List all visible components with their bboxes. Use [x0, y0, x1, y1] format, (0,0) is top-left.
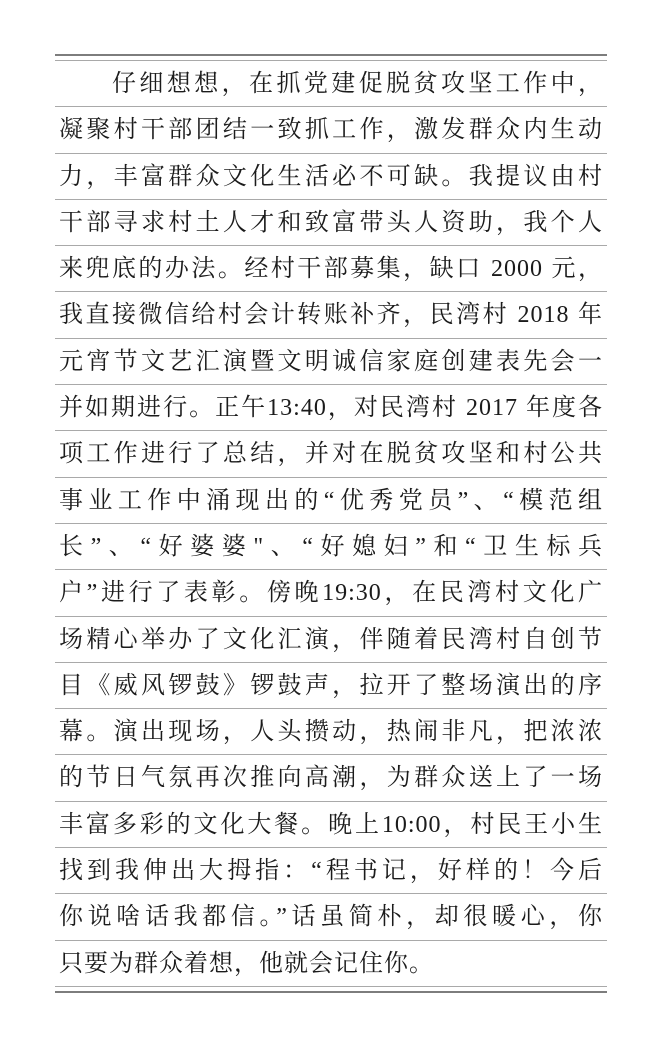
- text-line-11: 长”、“好婆婆"、“好媳妇”和“卫生标兵: [55, 524, 607, 570]
- text-line-13: 场精心举办了文化汇演，伴随着民湾村自创节: [55, 617, 607, 663]
- text-line-03: 力，丰富群众文化生活必不可缺。我提议由村: [55, 154, 607, 200]
- text-line-02: 凝聚村干部团结一致抓工作，激发群众内生动: [55, 107, 607, 153]
- text-line-12: 户”进行了表彰。傍晚19:30，在民湾村文化广: [55, 570, 607, 616]
- text-line-14: 目《威风锣鼓》锣鼓声，拉开了整场演出的序: [55, 663, 607, 709]
- text-line-18: 找到我伸出大拇指：“程书记，好样的！今后: [55, 848, 607, 894]
- text-line-09: 项工作进行了总结，并对在脱贫攻坚和村公共: [55, 431, 607, 477]
- text-line-07: 元宵节文艺汇演暨文明诚信家庭创建表先会一: [55, 339, 607, 385]
- top-border-thick: [55, 54, 607, 56]
- text-body: 仔细想想，在抓党建促脱贫攻坚工作中， 凝聚村干部团结一致抓工作，激发群众内生动 …: [55, 60, 607, 987]
- text-line-06: 我直接微信给村会计转账补齐，民湾村 2018 年: [55, 292, 607, 338]
- ruled-document-sheet: 仔细想想，在抓党建促脱贫攻坚工作中， 凝聚村干部团结一致抓工作，激发群众内生动 …: [55, 54, 607, 993]
- text-line-05: 来兜底的办法。经村干部募集，缺口 2000 元，: [55, 246, 607, 292]
- text-line-17: 丰富多彩的文化大餐。晚上10:00，村民王小生: [55, 802, 607, 848]
- text-line-16: 的节日气氛再次推向高潮，为群众送上了一场: [55, 755, 607, 801]
- bottom-border-thick: [55, 991, 607, 993]
- text-line-10: 事业工作中涌现出的“优秀党员”、“模范组: [55, 478, 607, 524]
- text-line-20: 只要为群众着想，他就会记住你。: [55, 941, 607, 987]
- text-line-08: 并如期进行。正午13:40，对民湾村 2017 年度各: [55, 385, 607, 431]
- text-line-19: 你说啥话我都信。”话虽简朴，却很暖心，你: [55, 894, 607, 940]
- text-line-15: 幕。演出现场，人头攒动，热闹非凡，把浓浓: [55, 709, 607, 755]
- text-line-01: 仔细想想，在抓党建促脱贫攻坚工作中，: [55, 61, 607, 107]
- text-line-04: 干部寻求村土人才和致富带头人资助，我个人: [55, 200, 607, 246]
